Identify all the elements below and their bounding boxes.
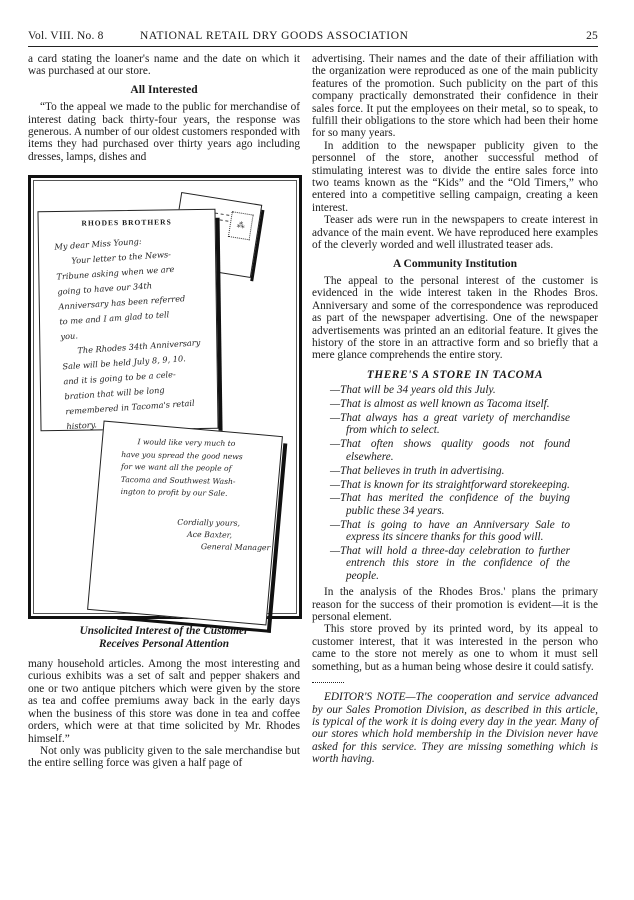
list-item: —That always has a great variety of merc… bbox=[330, 412, 570, 437]
letters-illustration: ⁂ RHODES BROTHERS My dear Miss Young: Yo… bbox=[28, 175, 302, 619]
paragraph: a card stating the loaner's name and the… bbox=[28, 53, 300, 78]
letter-page-2: I would like very much to have you sprea… bbox=[87, 421, 283, 626]
page-number: 25 bbox=[586, 30, 598, 42]
paragraph: advertising. Their names and the date of… bbox=[312, 53, 598, 140]
paragraph: In addition to the newspaper publicity g… bbox=[312, 140, 598, 214]
ad-title: THERE'S A STORE IN TACOMA bbox=[312, 369, 598, 381]
ad-copy-list: —That will be 34 years old this July. —T… bbox=[330, 384, 570, 582]
editors-note: EDITOR'S NOTE—The cooperation and servic… bbox=[312, 691, 598, 765]
handwritten-letter-2: I would like very much to have you sprea… bbox=[101, 428, 280, 502]
header-rule bbox=[28, 46, 598, 47]
paragraph: The appeal to the personal interest of t… bbox=[312, 275, 598, 362]
section-heading: All Interested bbox=[28, 84, 300, 96]
letter-signature: Cordially yours, Ace Baxter, General Man… bbox=[177, 516, 274, 554]
section-heading: A Community Institution bbox=[312, 258, 598, 270]
list-item: —That believes in truth in advertising. bbox=[330, 465, 570, 477]
letter-page-1: RHODES BROTHERS My dear Miss Young: Your… bbox=[37, 209, 218, 431]
right-column: advertising. Their names and the date of… bbox=[312, 53, 598, 766]
list-item: —That is going to have an Anniversary Sa… bbox=[330, 519, 570, 544]
list-item: —That is almost as well known as Tacoma … bbox=[330, 398, 570, 410]
postage-stamp-icon: ⁂ bbox=[228, 211, 254, 240]
list-item: —That will hold a three-day celebration … bbox=[330, 545, 570, 582]
left-column: a card stating the loaner's name and the… bbox=[28, 53, 300, 770]
running-head: Vol. VIII. No. 8 NATIONAL RETAIL DRY GOO… bbox=[28, 30, 598, 46]
paragraph: Not only was publicity given to the sale… bbox=[28, 745, 300, 770]
list-item: —That is known for its straightforward s… bbox=[330, 479, 570, 491]
paragraph: This store proved by its printed word, b… bbox=[312, 623, 598, 673]
publication-title: NATIONAL RETAIL DRY GOODS ASSOCIATION bbox=[140, 30, 409, 42]
note-divider bbox=[312, 682, 344, 683]
list-item: —That will be 34 years old this July. bbox=[330, 384, 570, 396]
handwritten-letter-1: My dear Miss Young: Your letter to the N… bbox=[34, 224, 223, 436]
volume-number: Vol. VIII. No. 8 bbox=[28, 30, 104, 42]
paragraph: In the analysis of the Rhodes Bros.' pla… bbox=[312, 586, 598, 623]
list-item: —That has merited the confidence of the … bbox=[330, 492, 570, 517]
paragraph: many household articles. Among the most … bbox=[28, 658, 300, 745]
paragraph: “To the appeal we made to the public for… bbox=[28, 101, 300, 163]
paragraph: Teaser ads were run in the newspapers to… bbox=[312, 214, 598, 251]
list-item: —That often shows quality goods not foun… bbox=[330, 438, 570, 463]
